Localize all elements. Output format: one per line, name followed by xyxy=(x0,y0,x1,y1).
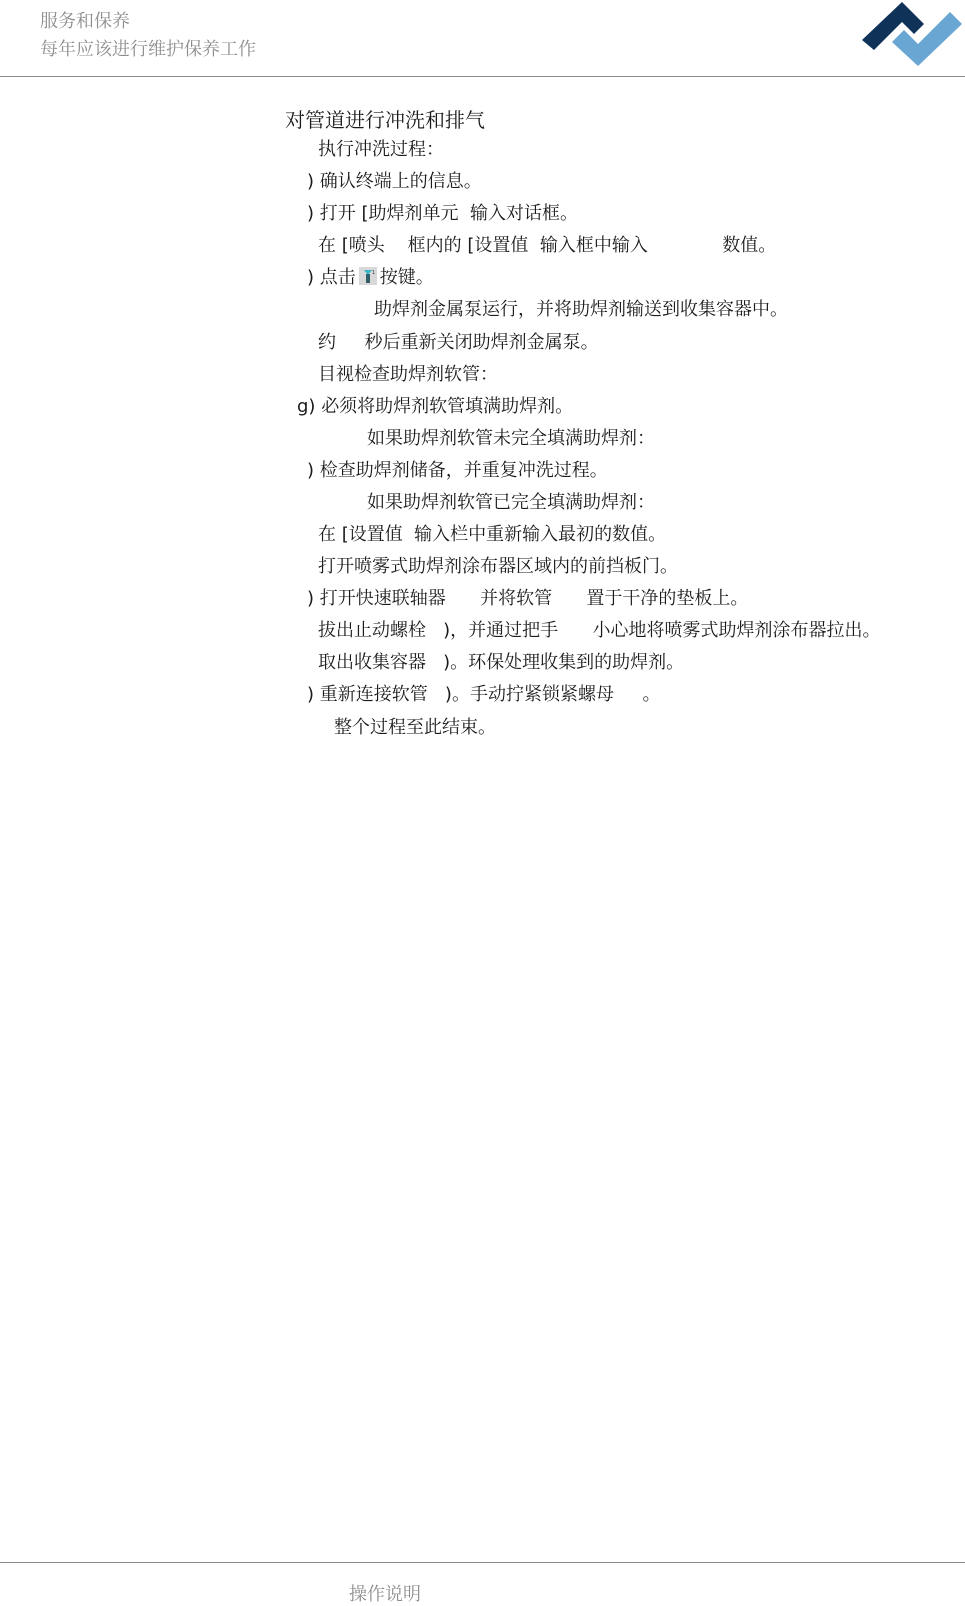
step-line: 取出收集容器 )。环保处理收集到的助焊剂。 xyxy=(318,649,684,677)
procedure-title: 对管道进行冲洗和排气 xyxy=(285,104,485,136)
step-line: ) 打开快速联轴器 并将软管 置于干净的垫板上。 xyxy=(307,585,748,613)
step-line: 执行冲洗过程： xyxy=(318,136,444,164)
step-line: 约 秒后重新关闭助焊剂金属泵。 xyxy=(318,329,599,357)
step-line: 在 [设置值 输入栏中重新输入最初的数值。 xyxy=(318,521,666,549)
svg-text:1: 1 xyxy=(372,270,375,276)
step-line: 如果助焊剂软管已完全填满助焊剂： xyxy=(367,489,655,517)
step-line: ) 点击1按键。 xyxy=(307,264,434,292)
step-line: 在 [喷头 框内的 [设置值 输入框中输入 数值。 xyxy=(318,232,776,260)
pump-flush-button-icon: 1 xyxy=(359,267,377,285)
section-subtitle: 每年应该进行维护保养工作 xyxy=(40,36,256,64)
step-line: ) 确认终端上的信息。 xyxy=(307,168,482,196)
step-line: g) 必须将助焊剂软管填满助焊剂。 xyxy=(297,393,573,421)
step-line: 拔出止动螺栓 )，并通过把手 小心地将喷雾式助焊剂涂布器拉出。 xyxy=(318,617,881,645)
step-line: 目视检查助焊剂软管： xyxy=(318,361,498,389)
section-title: 服务和保养 xyxy=(40,8,256,36)
step-line: 打开喷雾式助焊剂涂布器区域内的前挡板门。 xyxy=(318,553,678,581)
footer-divider xyxy=(0,1562,965,1563)
footer-label: 操作说明 xyxy=(349,1580,421,1606)
brand-logo-icon xyxy=(862,0,962,66)
step-line: 整个过程至此结束。 xyxy=(334,714,496,742)
step-line: ) 重新连接软管 )。手动拧紧锁紧螺母 。 xyxy=(307,681,661,709)
page-header: 服务和保养 每年应该进行维护保养工作 xyxy=(0,0,965,77)
step-line: 助焊剂金属泵运行，并将助焊剂输送到收集容器中。 xyxy=(374,296,788,324)
header-divider xyxy=(0,76,965,77)
step-line: ) 检查助焊剂储备，并重复冲洗过程。 xyxy=(307,457,608,485)
header-text: 服务和保养 每年应该进行维护保养工作 xyxy=(40,8,256,64)
step-line: 如果助焊剂软管未完全填满助焊剂： xyxy=(367,425,655,453)
step-line: ) 打开 [助焊剂单元 输入对话框。 xyxy=(307,200,578,228)
